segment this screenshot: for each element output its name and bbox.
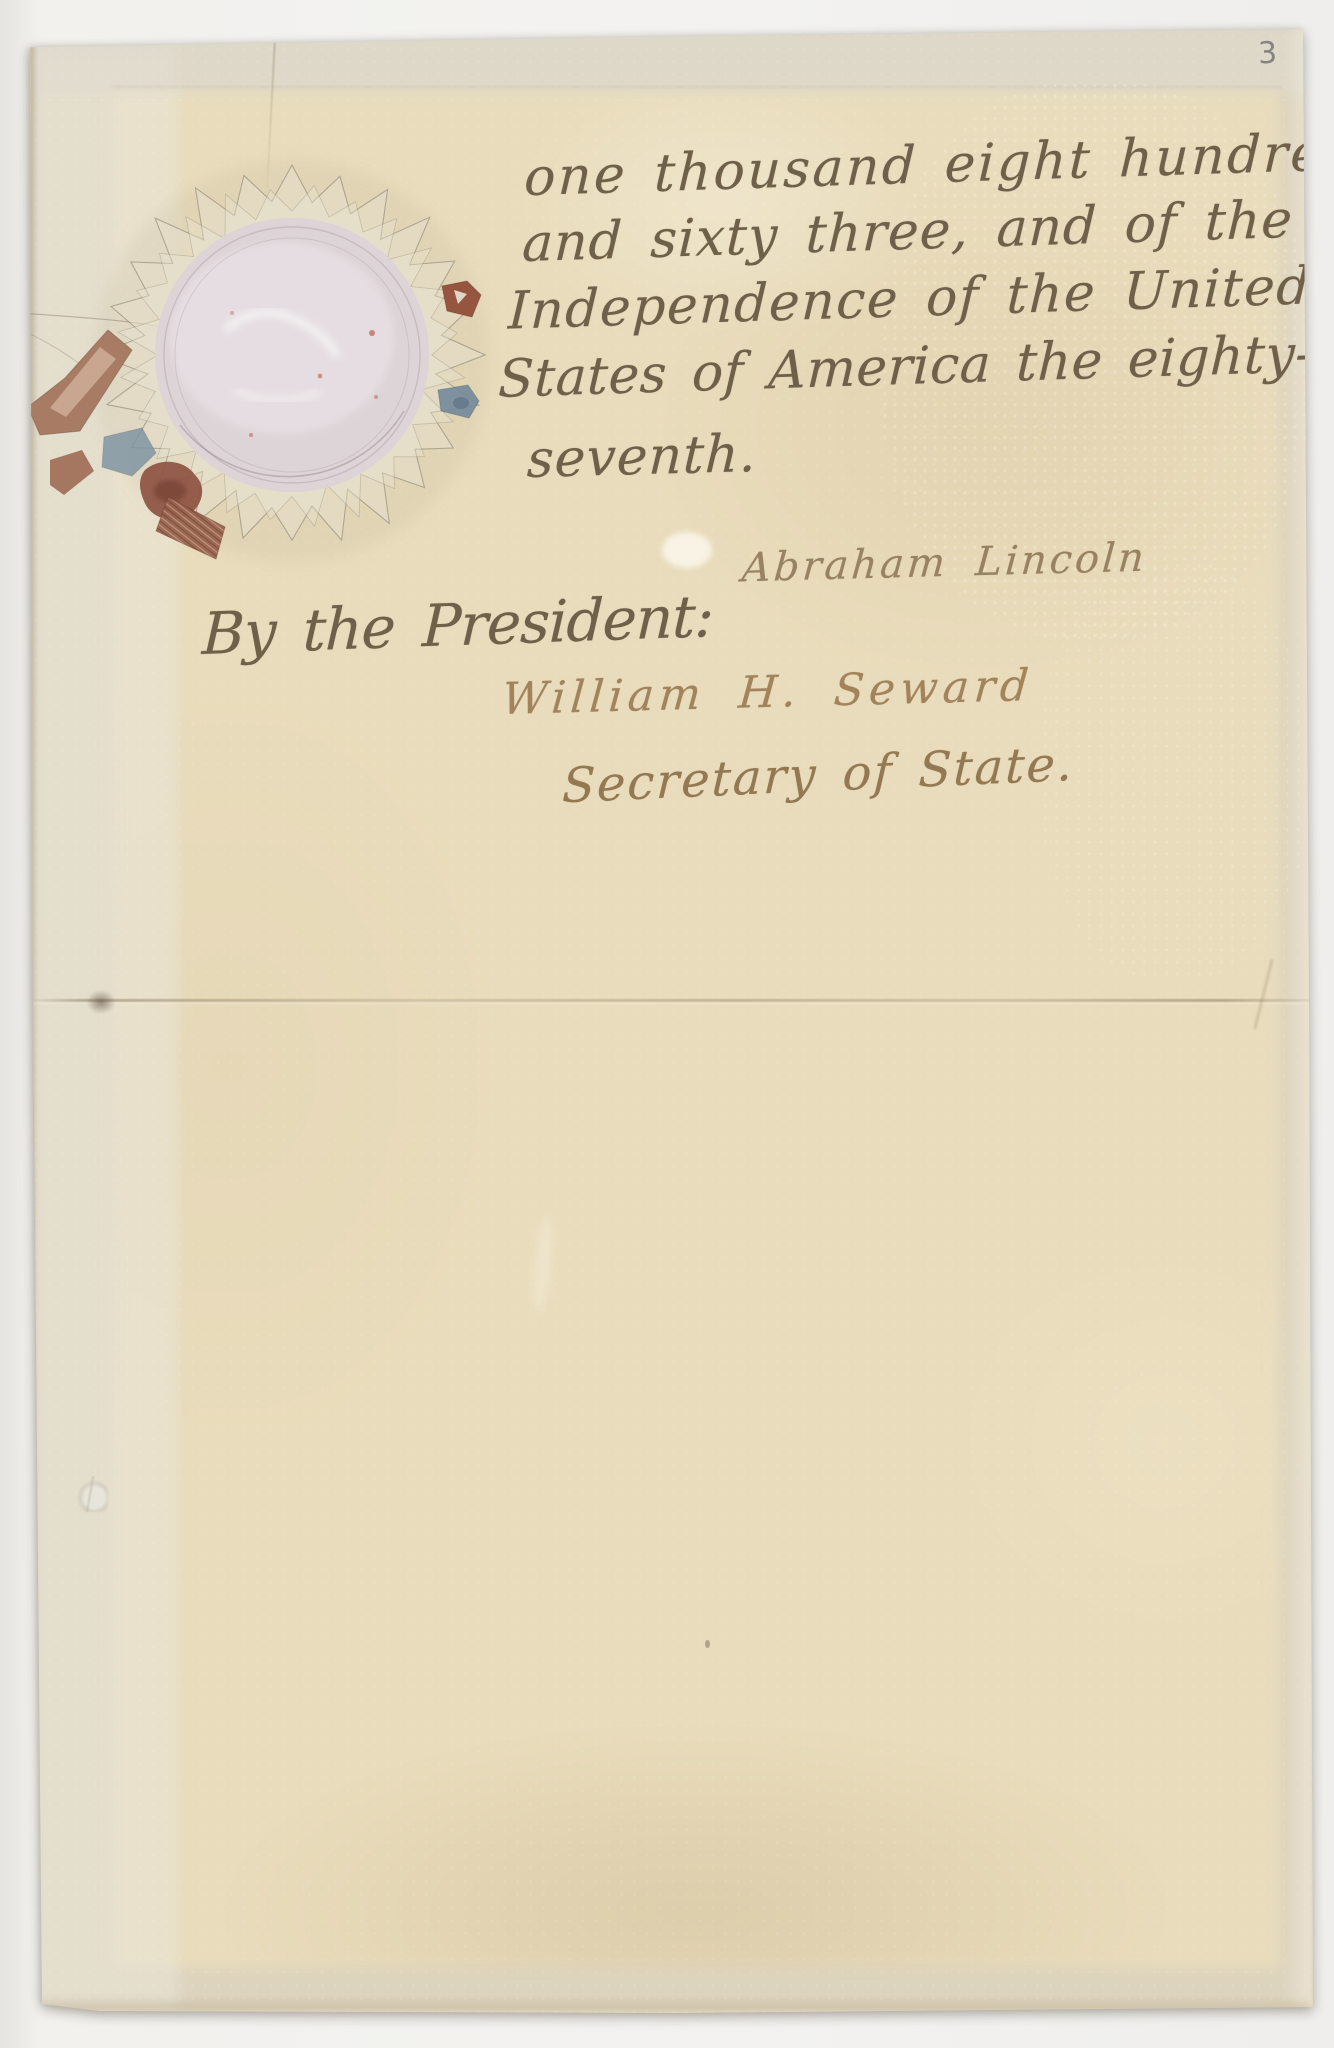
page-number: 3: [1257, 36, 1277, 72]
wax-speck: [374, 395, 378, 399]
smudge-mark: [74, 1476, 108, 1512]
fold-crease-highlight: [33, 1002, 1311, 1004]
ribbon-knot-tail-left: [50, 450, 94, 495]
wax-speck: [230, 311, 234, 315]
fold-crease-stain: [86, 990, 116, 1014]
ink-speck: [705, 1640, 710, 1648]
embossed-seal-icon: [20, 135, 500, 580]
wax-speck: [249, 433, 253, 437]
seal-disc-highlight: [170, 242, 394, 434]
seal-thread-2: [24, 331, 84, 367]
scanned-document-page: one thousand eight hundred and sixty thr…: [0, 0, 1334, 2048]
paper-bottom-edge-shadow: [40, 1996, 1310, 2010]
paper-weave-texture-patch-2: [1040, 560, 1310, 980]
paper-shadow-wrap: one thousand eight hundred and sixty thr…: [0, 0, 1334, 2048]
wax-speck: [318, 374, 323, 379]
paper-abrasion-spot: [662, 532, 712, 568]
body-line-5: seventh.: [526, 425, 759, 491]
parchment-paper: one thousand eight hundred and sixty thr…: [0, 0, 1334, 2048]
ribbon-right-blue-shade: [453, 397, 469, 409]
wax-speck: [369, 330, 375, 336]
